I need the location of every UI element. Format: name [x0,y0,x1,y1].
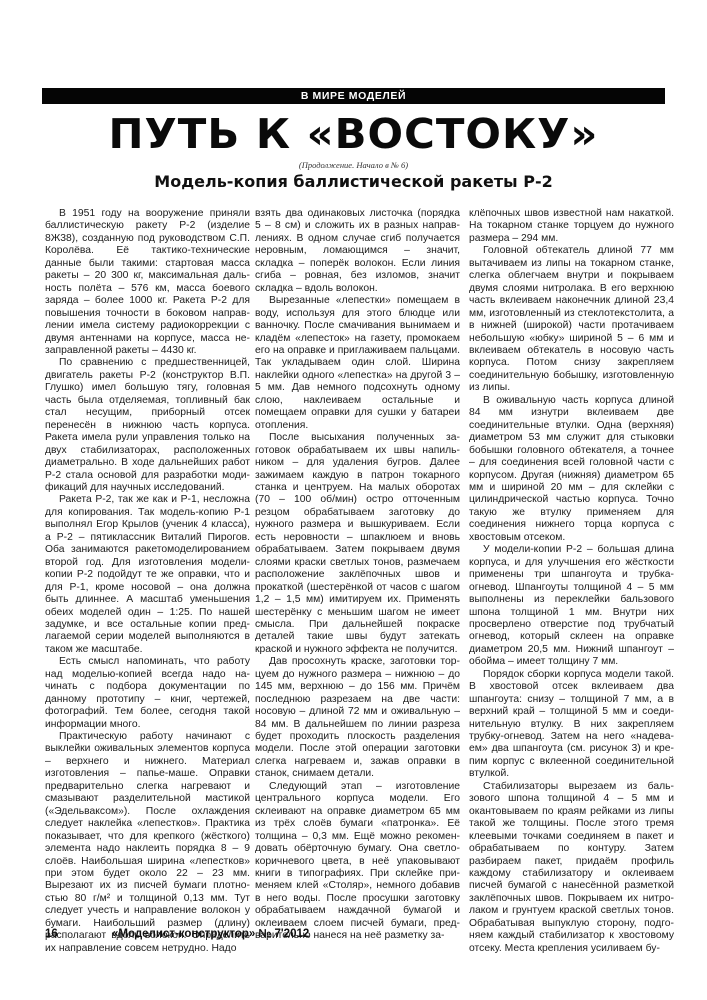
paragraph: По сравнению с предшественницей, двигате… [45,357,250,494]
page-number: 16 [45,928,58,940]
paragraph: Порядок сборки корпуса модели та­кой. В … [469,669,674,781]
text-column-3: клёпочных швов известной нам накаткой. Н… [469,208,674,955]
text-column-1: В 1951 году на вооружение приняли баллис… [45,208,250,955]
section-banner: В МИРЕ МОДЕЛЕЙ [42,88,665,104]
paragraph: Дав просохнуть краске, заготовки тор­цуе… [255,656,460,781]
paragraph: Вырезанные «лепестки» помещаем в воду, и… [255,295,460,432]
paragraph: В оживальную часть корпуса дли­ной 84 мм… [469,395,674,544]
continuation-note: (Продолжение. Начало в № 6) [0,160,707,170]
paragraph: Практическую работу начинают с выклейки … [45,731,250,955]
magazine-issue: «Моделист-конструктор» № 7'2012 [112,928,309,940]
paragraph: Стабилизаторы вырезаем из баль­зового шп… [469,781,674,955]
paragraph-continued: взять два одинаковых листочка (порядка 5… [255,208,460,295]
text-column-2: взять два одинаковых листочка (порядка 5… [255,208,460,943]
paragraph: В 1951 году на вооружение приняли баллис… [45,208,250,357]
paragraph: У модели-копии Р-2 – большая длина корпу… [469,544,674,669]
paragraph: Есть смысл напоминать, что работу над мо… [45,656,250,731]
paragraph: Следующий этап – изготовление центрально… [255,781,460,943]
article-title: ПУТЬ К «ВОСТОКУ» [0,110,707,158]
paragraph: Ракета Р-2, так же как и Р-1, несложна д… [45,494,250,656]
paragraph: После высыхания полученных за­готовок об… [255,432,460,656]
paragraph: Головной обтекатель длиной 77 мм вытачив… [469,245,674,394]
article-subtitle: Модель-копия баллистической ракеты Р-2 [0,172,707,192]
paragraph-continued: клёпочных швов известной нам накаткой. Н… [469,208,674,245]
